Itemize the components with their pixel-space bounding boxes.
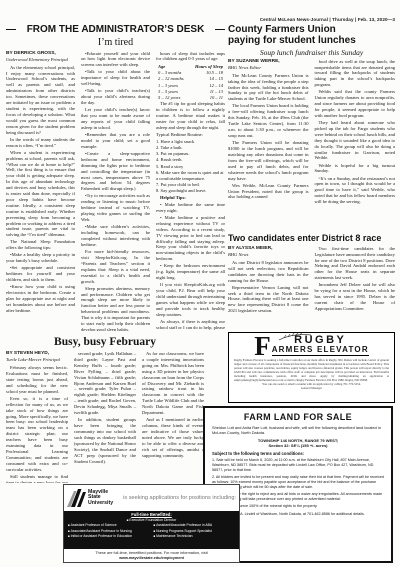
article-columns: BY DERRICK GROSS,Underwood Elementary Pr… xyxy=(6,51,225,331)
masthead-dateline: Central McLean News-Journal | Thursday |… xyxy=(260,17,395,22)
paragraph: 7. Put your child to bed. xyxy=(156,182,225,188)
article-column: food drive as well at the soup lunch, th… xyxy=(315,59,396,227)
paragraph: The McLean County Farmers Union is takin… xyxy=(228,73,309,103)
article-title: County Farmers Union paying for student … xyxy=(228,25,395,47)
mayville-ad-header: Mayville State University is seeking app… xyxy=(64,485,239,511)
paragraph: As one District 8 legislator announces h… xyxy=(228,260,309,284)
paragraph: They had heard about someone who picked … xyxy=(315,120,396,161)
article-title: Two candidates enter District 8 race xyxy=(228,234,395,244)
paragraph: As the elementary school principal, I en… xyxy=(6,65,75,136)
ad-mayville-state-university: Mayville State University is seeking app… xyxy=(63,484,240,563)
paragraph: • Make bedtime the same time every night… xyxy=(156,202,225,214)
article-title: I’m tired xyxy=(6,37,225,48)
mayville-footer-text: These are full-time, benefitted position… xyxy=(95,551,207,555)
article-title: Busy, busy February xyxy=(6,336,204,348)
sleep-table-row: 3 – 5 years11 – 13 xyxy=(156,89,225,95)
farmland-ad-title: FARM LAND FOR SALE xyxy=(212,412,384,422)
paragraph: Even so, it is a time of reflection for … xyxy=(6,396,68,473)
rugby-name-block: RUGBY ARMERS ELEVATOR xyxy=(272,335,369,356)
paragraph: food drive as well at the soup lunch, th… xyxy=(315,59,396,89)
mayville-positions-band: Full-time Benefitted: Executive Foundati… xyxy=(64,511,239,549)
sleep-table-header: AgeHours of Sleep xyxy=(156,64,225,70)
mv-item: Nursing Programs Support Specialist xyxy=(154,529,236,534)
paragraph: •Talk to your child’s teacher(s) about y… xyxy=(81,88,150,106)
paragraph: Weible is hopeful for a big turnout Sund… xyxy=(315,163,396,175)
paragraph: Sleep promotes alertness, memory and per… xyxy=(81,286,150,331)
kicker-dash-left: — xyxy=(6,25,16,36)
article-column: •Educate yourself and your child on how … xyxy=(81,51,150,331)
mayville-footer-url: www.mayvillestate.edu/employment xyxy=(119,556,184,560)
kicker-text: FROM THE ADMINISTRATOR’S DESK xyxy=(27,25,205,36)
farmland-terms-heading: Subject to the following terms and condi… xyxy=(212,451,384,456)
article-column: BY ALYSSA MEIER,BHG NewsAs one District … xyxy=(228,246,309,326)
paragraph: hours of sleep that includes naps for ch… xyxy=(156,51,225,63)
wheat-icon xyxy=(278,332,312,341)
paragraph: Representative Vernon Laning will not se… xyxy=(228,285,309,315)
paragraph: second grade; Lyrik Hallahan – third gra… xyxy=(74,351,136,416)
mayville-logo-text: Mayville State University xyxy=(88,490,113,506)
paragraph: The local Farmers Union board is holding… xyxy=(228,103,309,138)
rugby-footer-line: General Manager xyxy=(234,387,389,391)
kicker-dash-right: — xyxy=(215,25,225,36)
paragraph: 3. Put on pajamas. xyxy=(156,151,225,157)
sleep-table-row: 5 – 12 years10 – 11 xyxy=(156,95,225,101)
article-column: Two first-time candidates for the Legisl… xyxy=(315,246,396,326)
paragraph: • Keep the bedroom environment (e.g. lig… xyxy=(156,263,225,281)
mayville-ad-footer: These are full-time, benefitted position… xyxy=(64,549,239,562)
mv-item: Assistant/Associate Professor in ABA xyxy=(154,523,236,528)
article-column: BY SUZANNE WERRE,BHG News EditorThe McLe… xyxy=(228,59,309,227)
paragraph: •Talk to your child about the importance… xyxy=(81,69,150,87)
paragraph: 1. Have a light snack xyxy=(156,139,225,145)
article-columns: BY SUZANNE WERRE,BHG News EditorThe McLe… xyxy=(228,59,395,227)
article-district8-race: Two candidates enter District 8 race BY … xyxy=(228,234,395,326)
paragraph: •Make a healthy sleep a priority in your… xyxy=(6,252,75,264)
paragraph: Wehlis said that the county Farmers Unio… xyxy=(315,89,396,119)
paragraph: 6. Make sure the room is quiet and at a … xyxy=(156,170,225,182)
byline-title: Underwood Elementary Principal xyxy=(6,57,75,63)
ad-rugby-farmers-elevator: F RUGBY ARMERS ELEVATOR Rugby Farmers El… xyxy=(228,332,395,403)
article-column: BY STEVEN HEYD,Turtle Lake-Mercer Princi… xyxy=(6,351,68,483)
article-column: BY DERRICK GROSS,Underwood Elementary Pr… xyxy=(6,51,75,331)
byline-title: Turtle Lake-Mercer Principal xyxy=(6,357,68,363)
paragraph: •Make sure children’s activities, includ… xyxy=(81,224,150,248)
mayville-position-item: Executive Foundation Director xyxy=(68,518,235,522)
paragraph: For more kid-friendly resources, visit S… xyxy=(81,249,150,284)
paragraph: As for our classrooms, we have a couple … xyxy=(142,351,204,416)
paragraph: Helpful Tips: xyxy=(156,195,225,201)
mv-item: Associate/Assistant Professor in Nursing xyxy=(68,529,150,534)
paragraph: As always, if there is anything our scho… xyxy=(156,319,225,331)
rugby-ad-body: Rugby Farmers Elevator is seeking a full… xyxy=(234,359,389,382)
paragraph: •Know how your child is using electronic… xyxy=(6,284,75,314)
title-line-2: paying for student lunches xyxy=(228,36,395,47)
paragraph: The National Sleep Foundation offers the… xyxy=(6,239,75,251)
article-administrators-desk: — FROM THE ADMINISTRATOR’S DESK — I’m ti… xyxy=(6,25,225,331)
paragraph: Still students manage to find time to de… xyxy=(6,474,68,483)
paragraph: Let your child’s teacher(s) know that yo… xyxy=(81,107,150,131)
rugby-logo: F RUGBY ARMERS ELEVATOR xyxy=(234,335,389,358)
article-kicker: — FROM THE ADMINISTRATOR’S DESK — xyxy=(6,25,225,36)
mv-item: Initial or Assistant Professor in Educat… xyxy=(68,534,150,539)
mayville-logo-line: University xyxy=(88,501,113,506)
paragraph: The #1 tip for good sleeping habits in c… xyxy=(156,101,225,131)
article-farmers-union: County Farmers Union paying for student … xyxy=(228,25,395,227)
paragraph: •Try to encourage activities such as rea… xyxy=(81,193,150,223)
mayville-band-heading: Full-time Benefitted: xyxy=(68,512,235,517)
mv-item: Assistant Professor of Science xyxy=(68,523,150,528)
paragraph: Wes Weible, McLean County Farmers Union … xyxy=(228,183,309,201)
article-busy-february: Busy, busy February BY STEVEN HEYD,Turtl… xyxy=(6,336,204,483)
mayville-positions-grid: Assistant Professor of ScienceAssistant/… xyxy=(68,523,235,539)
paragraph: •Create a sleep-supportive bedroom and h… xyxy=(81,151,150,192)
farmland-section: Section 32: SE¼ (155 +/- acres) xyxy=(212,443,384,448)
paragraph: 8. Say goodnight and leave. xyxy=(156,188,225,194)
byline-title: BHG News Editor xyxy=(228,65,309,71)
sleep-table-row: 1 – 3 years12 – 14 xyxy=(156,83,225,89)
article-columns: BY STEVEN HEYD,Turtle Lake-Mercer Princi… xyxy=(6,351,204,483)
mayville-seeking-text: is seeking applications for positions in… xyxy=(113,495,236,501)
fl-term: 1. Sale will be held on March 6, 2020, a… xyxy=(212,458,384,473)
paragraph: The Farmers Union will be donating $1000… xyxy=(228,140,309,181)
article-column: hours of sleep that includes naps for ch… xyxy=(156,51,225,331)
sleep-table-row: 2 – 12 months14 – 15 xyxy=(156,76,225,82)
byline-title: BHG News xyxy=(228,252,309,258)
paragraph: If you visit SleepforKids.org with your … xyxy=(156,282,225,317)
paragraph: “It’s on a Sunday, and the restaurant’s … xyxy=(315,176,396,206)
paragraph: When a student is experiencing problems … xyxy=(6,150,75,239)
article-column: As for our classrooms, we have a couple … xyxy=(142,351,204,483)
article-subtitle: Soup lunch fundraiser this Sunday xyxy=(228,48,395,57)
mayville-logo-icon xyxy=(67,488,87,508)
paragraph: •Remember that you are a role model to y… xyxy=(81,132,150,150)
sleep-table-row: 0 – 3 months10.5 – 18 xyxy=(156,70,225,76)
mv-item: Maintenance Technician xyxy=(154,534,236,539)
paragraph: 4. Brush teeth. xyxy=(156,157,225,163)
paragraph: 2. Take a bath. xyxy=(156,145,225,151)
paragraph: Typical Bedtime Routine: xyxy=(156,132,225,138)
paragraph: In addition, student groups have been br… xyxy=(74,417,136,464)
article-column: second grade; Lyrik Hallahan – third gra… xyxy=(74,351,136,483)
paragraph: And as I mentioned in earlier columns, t… xyxy=(142,417,204,458)
paragraph: •Educate yourself and your child on how … xyxy=(81,51,150,69)
paragraph: 5. Read a story xyxy=(156,164,225,170)
paragraph: Two first-time candidates for the Legisl… xyxy=(315,246,396,281)
paragraph: • Make bedtime a positive and relaxing e… xyxy=(156,215,225,262)
rugby-ad-footer: You can also send or email a resume with… xyxy=(234,383,389,391)
farmland-intro: Sheldon Lutt and Anita Rae Lutt, husband… xyxy=(212,425,384,436)
rugby-big-letter: F xyxy=(254,335,271,358)
paragraph: February always seems hectic. Evaluation… xyxy=(6,365,68,395)
paragraph: In the words of many students the reason… xyxy=(6,137,75,149)
paragraph: •Set appropriate and consistent bedtimes… xyxy=(6,265,75,283)
newspaper-page: Central McLean News-Journal | Thursday |… xyxy=(0,0,400,567)
rugby-name-line2: ARMERS ELEVATOR xyxy=(272,346,369,356)
paragraph: Incumbent Jeff Delzer said he will also … xyxy=(315,282,396,312)
article-columns: BY ALYSSA MEIER,BHG NewsAs one District … xyxy=(228,246,395,326)
